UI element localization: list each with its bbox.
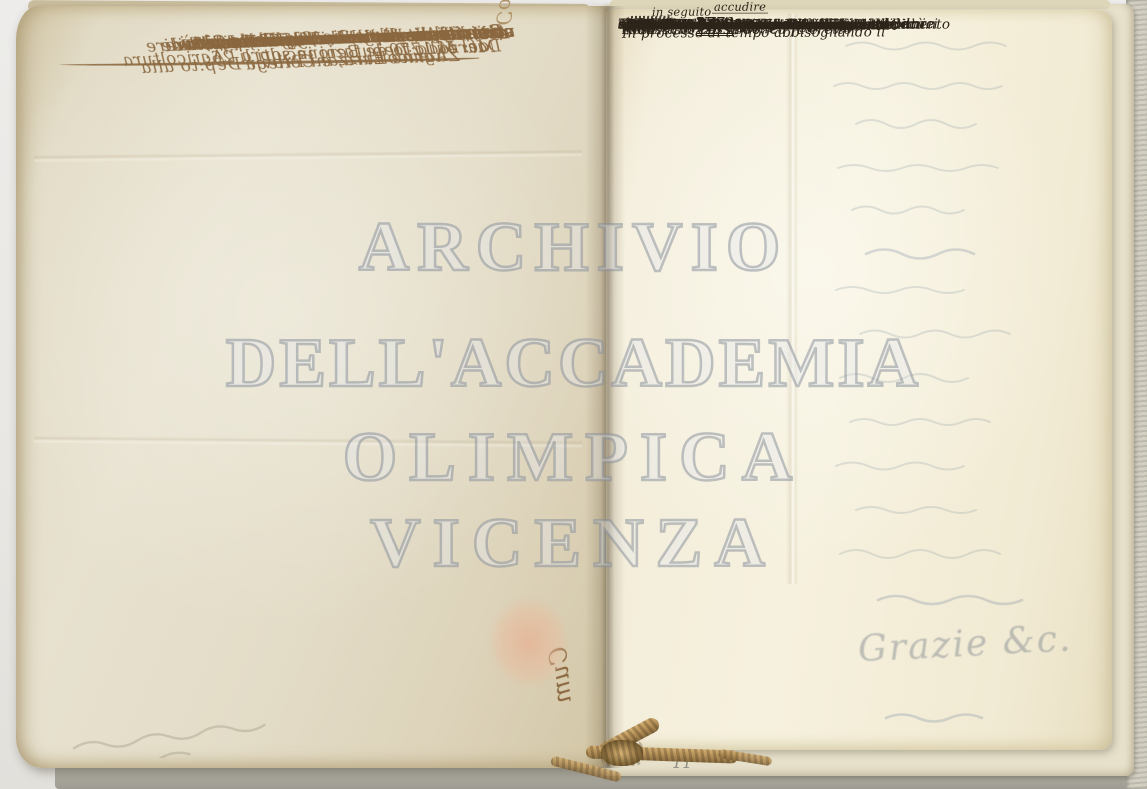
seal-stain bbox=[478, 590, 580, 706]
interlinear-insertion: accudire bbox=[712, 2, 768, 14]
pencil-scribble bbox=[62, 688, 382, 758]
right-page-crease bbox=[786, 14, 798, 584]
binding-twine-knot bbox=[601, 740, 643, 766]
manuscript-line: nostra Città, ed allo Stato intiero, bbox=[618, 13, 856, 37]
manuscript-scan: Illmo Sig: Sig: Chmo Premendo a questo M… bbox=[0, 0, 1147, 789]
